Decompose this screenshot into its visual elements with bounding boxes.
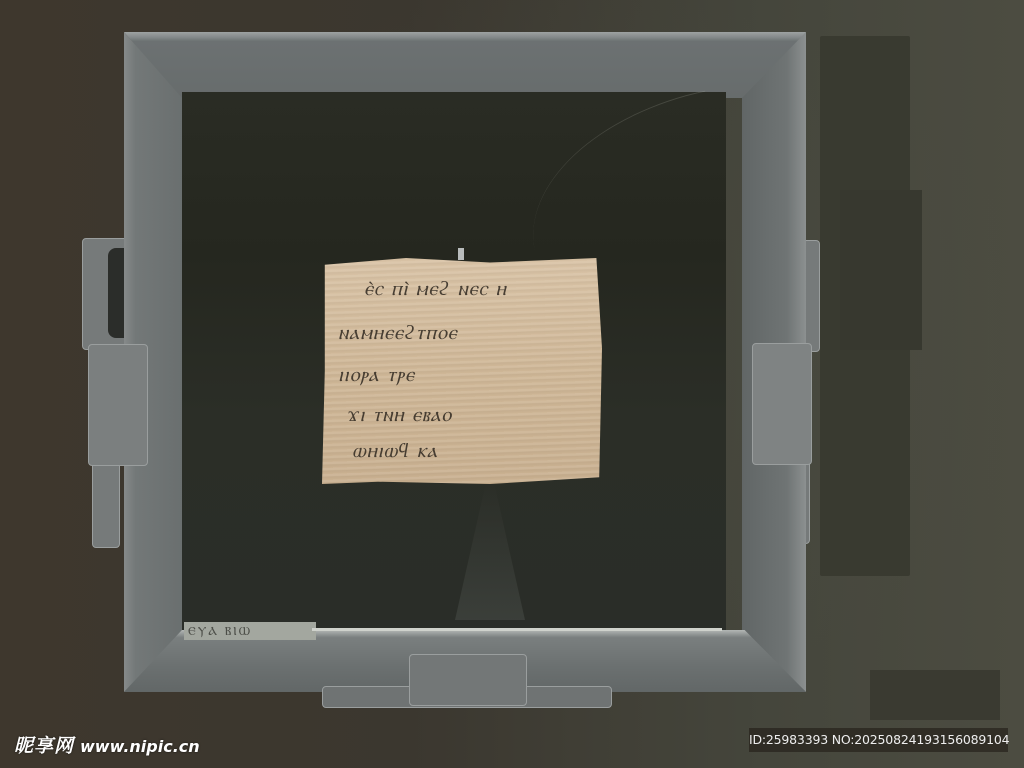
papyrus-text-line: ϫⲓ ⲧⲛⲏ ⲉⲃⲁⲟ — [348, 402, 452, 427]
watermark-logo: 昵享网www.nipic.cn — [14, 731, 200, 758]
right-clip-front — [752, 343, 812, 465]
papyrus-text-line: ⲛⲁⲙⲏⲉⲉϩⲧⲡⲟⲉ — [338, 320, 457, 345]
frame-label-strip: ⲈⲨⲀ ⲂⲒⲰ — [184, 622, 316, 640]
left-clip-front — [88, 344, 148, 466]
mounting-pin — [458, 248, 464, 260]
frame-inner-edge — [312, 628, 722, 631]
floor-shadow — [870, 670, 1000, 720]
bottom-clip-front — [409, 654, 527, 706]
papyrus-fragment: ⲉ̀ⲥ ⲡⲓ̀ ⲙⲉϩ ⲛⲉⲥ ⲏ ⲛⲁⲙⲏⲉⲉϩⲧⲡⲟⲉ ⲓⲓⲟⲣⲁ ⲧⲣⲉ … — [322, 258, 602, 484]
papyrus-text-line: ⲱⲏⲓⲱϥ ⲕⲁ — [352, 438, 438, 463]
frame-top-rail — [124, 32, 806, 98]
papyrus-text-line: ⲓⲓⲟⲣⲁ ⲧⲣⲉ — [338, 362, 415, 386]
clip-shadow — [840, 190, 922, 350]
left-clip-lower — [92, 460, 120, 548]
watermark-logo-cn: 昵享网 — [14, 735, 74, 757]
watermark-logo-url: www.nipic.cn — [80, 737, 200, 756]
papyrus-text-line: ⲉ̀ⲥ ⲡⲓ̀ ⲙⲉϩ ⲛⲉⲥ ⲏ — [364, 276, 507, 301]
watermark-id-badge: ID:25983393 NO:20250824193156089104 — [749, 728, 1008, 752]
